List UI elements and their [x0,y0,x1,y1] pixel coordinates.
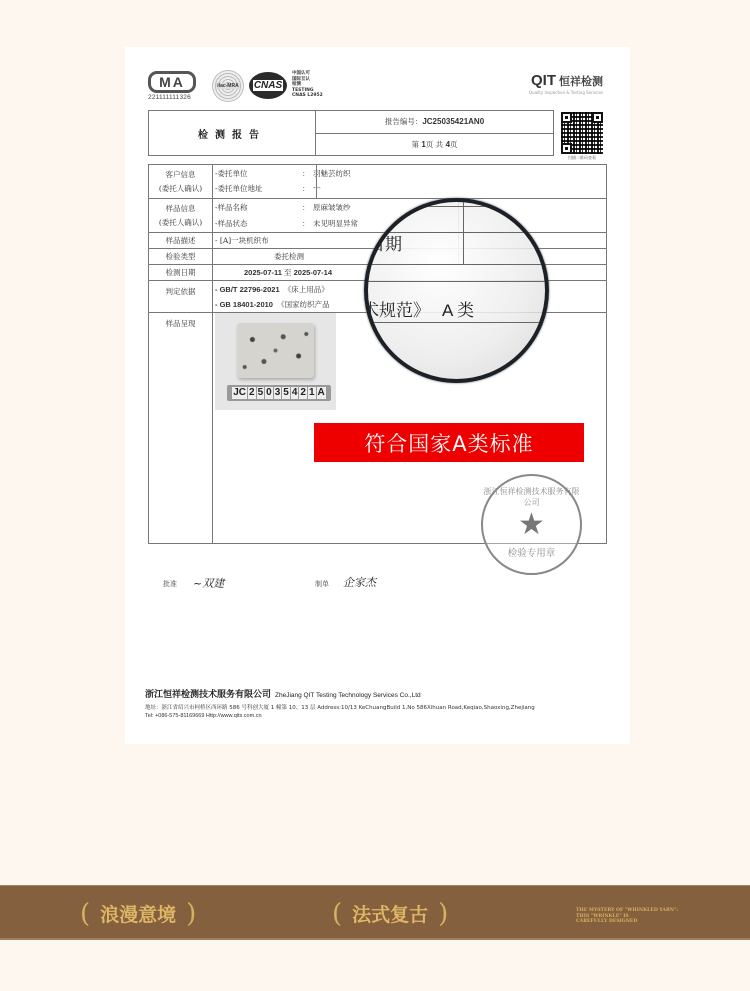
client-unit-value: 羽魅芸纺织 [313,168,351,179]
laurel-left-icon: ( [80,901,90,927]
qit-brand-cn: 恒祥检测 [559,73,603,89]
lens-date-text: 日期 [368,230,402,255]
basis-item: - GB 18401-2010 《国家纺织产品 [215,299,330,310]
fabric-sample-image [237,323,314,378]
prepare-signature: 企家杰 [343,574,376,590]
lens-standard-text: 术规范》 [364,296,430,321]
inspection-seal: 浙江恒祥检测技术服务有限公司 ★ 检验专用章 [481,474,582,575]
magnifier-lens: 日期 术规范》 A 类 [364,198,549,383]
cma-mark: MA [148,71,196,93]
style-tabs-band: ( 浪漫意境 ) ( 法式复古 ) THE MYSTERY OF "WHINKL… [0,885,750,940]
company-contact: Tel: +086-575-81169669 Http://www.qits.c… [145,713,615,719]
qit-logo: QIT 恒祥检测 Quality Inspection & Testing Se… [529,72,603,95]
prepare-label: 制单 [315,579,329,589]
seal-company-text: 浙江恒祥检测技术服务有限公司 [483,486,580,508]
ilac-mra-logo: ilac-MRA [212,70,244,102]
sample-desc-value: - [A]一块机织布 [215,235,269,246]
qit-brand: QIT [531,72,556,89]
seal-bottom-text: 检验专用章 [483,545,580,559]
qr-caption: 扫描二维码查看 [561,155,603,161]
report-title-table: 检测报告 报告编号：JC25035421AN0 第 1页 共 4页 [148,110,554,156]
sample-status-label: -样品状态 [215,218,248,229]
tab-french-vintage-label: 法式复古 [352,900,428,927]
cma-number: 221111111326 [148,94,200,101]
cnas-caption: 中国认可 国际互认 检测 TESTING CNAS L2952 [292,71,323,99]
laurel-left-icon: ( [332,901,342,927]
cnas-logo: CNAS [249,72,287,99]
sample-info-row: 样品信息 (委托人确认) -样品名称 ： 原麻皱皱纱 -样品状态 ： 未见明显异… [149,198,606,232]
report-footer: 浙江恒祥检测技术服务有限公司ZheJiang QIT Testing Techn… [145,687,615,719]
page-count: 第 1页 共 4页 [316,133,553,156]
approve-signature: ~双建 [193,575,224,591]
conclusion-badge: 符合国家A类标准 [314,423,584,462]
test-date-value: 2025-07-11 至 2025-07-14 [244,267,332,278]
qit-tagline: Quality Inspection & Testing Services [529,90,603,95]
report-number: 报告编号：JC25035421AN0 [316,111,553,133]
sample-name-value: 原麻皱皱纱 [313,202,351,213]
tab-romantic-label: 浪漫意境 [100,900,176,927]
laurel-right-icon: ) [438,901,448,927]
sample-name-label: -样品名称 [215,202,248,213]
sample-status-value: 未见明显异常 [313,218,358,229]
client-unit-label: -委托单位 [215,168,248,179]
company-name-en: ZheJiang QIT Testing Technology Services… [275,692,421,699]
company-name-cn: 浙江恒祥检测技术服务有限公司 [145,690,271,700]
tab-french-vintage[interactable]: ( 法式复古 ) [332,900,448,927]
client-address-label: -委托单位地址 [215,183,263,194]
star-icon: ★ [518,510,545,540]
band-english-caption: THE MYSTERY OF "WHINKLED YARN": THIS "WR… [576,908,678,925]
basis-item: - GB/T 22796-2021 《床上用品》 [215,284,329,295]
report-title: 检测报告 [149,111,316,155]
sample-photo: JC25035421A [215,313,336,410]
approve-label: 批准 [163,579,177,589]
company-address: 地址：浙江省绍兴市柯桥区西环路 586 号科创大厦 1 幢第 10、13 层 A… [145,703,615,711]
tab-romantic[interactable]: ( 浪漫意境 ) [80,900,196,927]
test-type-value: 委托检测 [274,251,304,262]
test-report-sheet: MA 221111111326 ilac-MRA CNAS 中国认可 国际互认 … [125,47,630,744]
lens-grade-text: A 类 [442,296,474,321]
cma-logo: MA 221111111326 [148,71,200,101]
qr-code[interactable] [561,112,603,154]
sample-number-plate: JC25035421A [227,385,331,401]
laurel-right-icon: ) [186,901,196,927]
customer-info-row: 客户信息 (委托人确认) -委托单位 ： 羽魅芸纺织 -委托单位地址 ： --- [149,165,606,198]
